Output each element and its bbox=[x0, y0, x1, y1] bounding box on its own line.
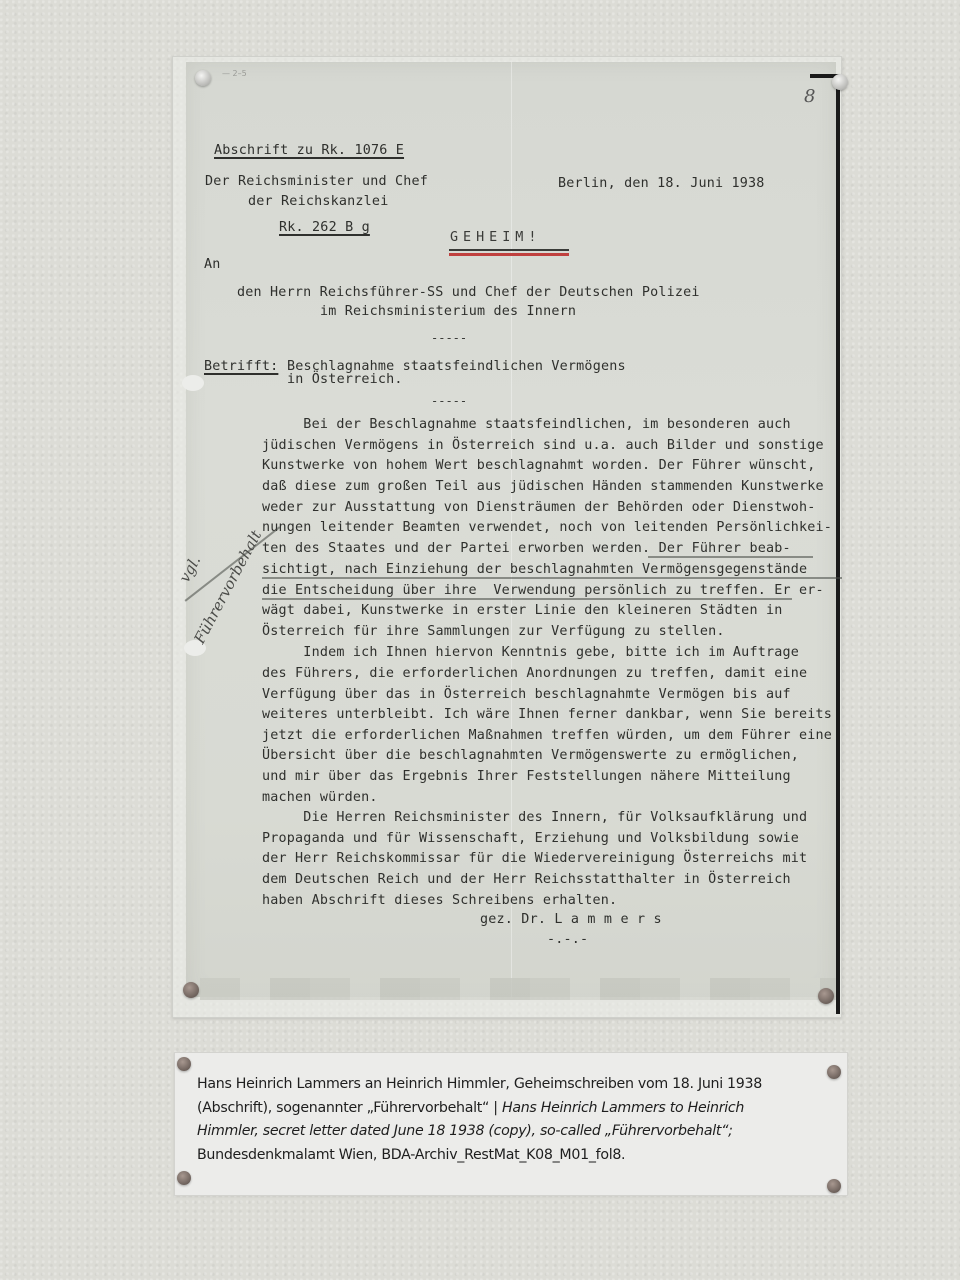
body-line: die Entscheidung über ihre Verwendung pe… bbox=[262, 583, 824, 598]
body-line: Kunstwerke von hohem Wert beschlagnahmt … bbox=[262, 458, 816, 473]
classification-red-underline bbox=[449, 253, 569, 256]
body-line: Bei der Beschlagnahme staatsfeindlichen,… bbox=[262, 417, 791, 432]
body-line: haben Abschrift dieses Schreibens erhalt… bbox=[262, 893, 617, 908]
body-line: weiteres unterbleibt. Ich wäre Ihnen fer… bbox=[262, 707, 832, 722]
subject-line-2: in Österreich. bbox=[287, 372, 403, 387]
torn-bottom-edge bbox=[200, 978, 840, 1000]
body-line: ten des Staates und der Partei erworben … bbox=[262, 541, 791, 556]
body-line: wägt dabei, Kunstwerke in erster Linie d… bbox=[262, 603, 783, 618]
to-label: An bbox=[204, 257, 221, 272]
label-pin bbox=[827, 1179, 841, 1193]
sender-line-1: Der Reichsminister und Chef bbox=[205, 174, 428, 189]
signature: gez. Dr. L a m m e r s bbox=[480, 912, 662, 927]
label-pin bbox=[177, 1057, 191, 1071]
folio-number: 8 bbox=[804, 86, 815, 107]
recipient-line-2: im Reichsministerium des Innern bbox=[320, 304, 576, 319]
body-line: der Herr Reichskommissar für die Wiederv… bbox=[262, 851, 807, 866]
label-pin bbox=[177, 1171, 191, 1185]
pencil-underline bbox=[648, 556, 813, 558]
mounting-pin bbox=[183, 982, 199, 998]
body-line: weder zur Ausstattung von Diensträumen d… bbox=[262, 500, 816, 515]
body-line: Verfügung über das in Österreich beschla… bbox=[262, 687, 791, 702]
body-line: Übersicht über die beschlagnahmten Vermö… bbox=[262, 748, 799, 763]
body-line: machen würden. bbox=[262, 790, 378, 805]
classification-underline bbox=[449, 249, 569, 251]
label-pin bbox=[827, 1065, 841, 1079]
copy-reference: Abschrift zu Rk. 1076 E bbox=[214, 143, 404, 158]
mounting-pin bbox=[195, 70, 211, 86]
body-line: sichtigt, nach Einziehung der beschlagna… bbox=[262, 562, 807, 577]
caption-label: Hans Heinrich Lammers an Heinrich Himmle… bbox=[174, 1052, 848, 1196]
sender-line-2: der Reichskanzlei bbox=[248, 194, 388, 209]
punch-hole bbox=[182, 375, 204, 391]
reference-number: Rk. 262 B g bbox=[279, 220, 370, 235]
pencil-underline bbox=[262, 577, 842, 579]
mounting-pin bbox=[832, 74, 848, 90]
place-and-date: Berlin, den 18. Juni 1938 bbox=[558, 176, 765, 191]
body-line: des Führers, die erforderlichen Anordnun… bbox=[262, 666, 807, 681]
recipient-line-1: den Herrn Reichsführer-SS und Chef der D… bbox=[237, 285, 700, 300]
separator: ----- bbox=[431, 394, 467, 408]
caption-source: Bundesdenkmalamt Wien, BDA-Archiv_RestMa… bbox=[197, 1147, 625, 1163]
body-line: Indem ich Ihnen hiervon Kenntnis gebe, b… bbox=[262, 645, 799, 660]
body-line: jetzt die erforderlichen Maßnahmen treff… bbox=[262, 728, 832, 743]
body-line: Propaganda und für Wissenschaft, Erziehu… bbox=[262, 831, 799, 846]
classification-stamp: GEHEIM! bbox=[450, 230, 541, 245]
body-line: Die Herren Reichsminister des Innern, fü… bbox=[262, 810, 807, 825]
pencil-underline bbox=[262, 598, 792, 600]
body-line: jüdischen Vermögens in Österreich sind u… bbox=[262, 438, 824, 453]
frame-edge bbox=[836, 74, 840, 1014]
body-line: dem Deutschen Reich und der Herr Reichss… bbox=[262, 872, 791, 887]
body-line: daß diese zum großen Teil aus jüdischen … bbox=[262, 479, 824, 494]
mounting-pin bbox=[818, 988, 834, 1004]
body-line: Österreich für ihre Sammlungen zur Verfü… bbox=[262, 624, 725, 639]
caption-text: Hans Heinrich Lammers an Heinrich Himmle… bbox=[197, 1073, 797, 1167]
corner-pencil-note: — 2–5 bbox=[222, 69, 247, 78]
subject-label: Betrifft: bbox=[204, 359, 278, 374]
end-mark: -.-.- bbox=[547, 932, 588, 947]
body-line: nungen leitender Beamten verwendet, noch… bbox=[262, 520, 832, 535]
body-line: und mir über das Ergebnis Ihrer Feststel… bbox=[262, 769, 791, 784]
separator: ----- bbox=[431, 331, 467, 345]
